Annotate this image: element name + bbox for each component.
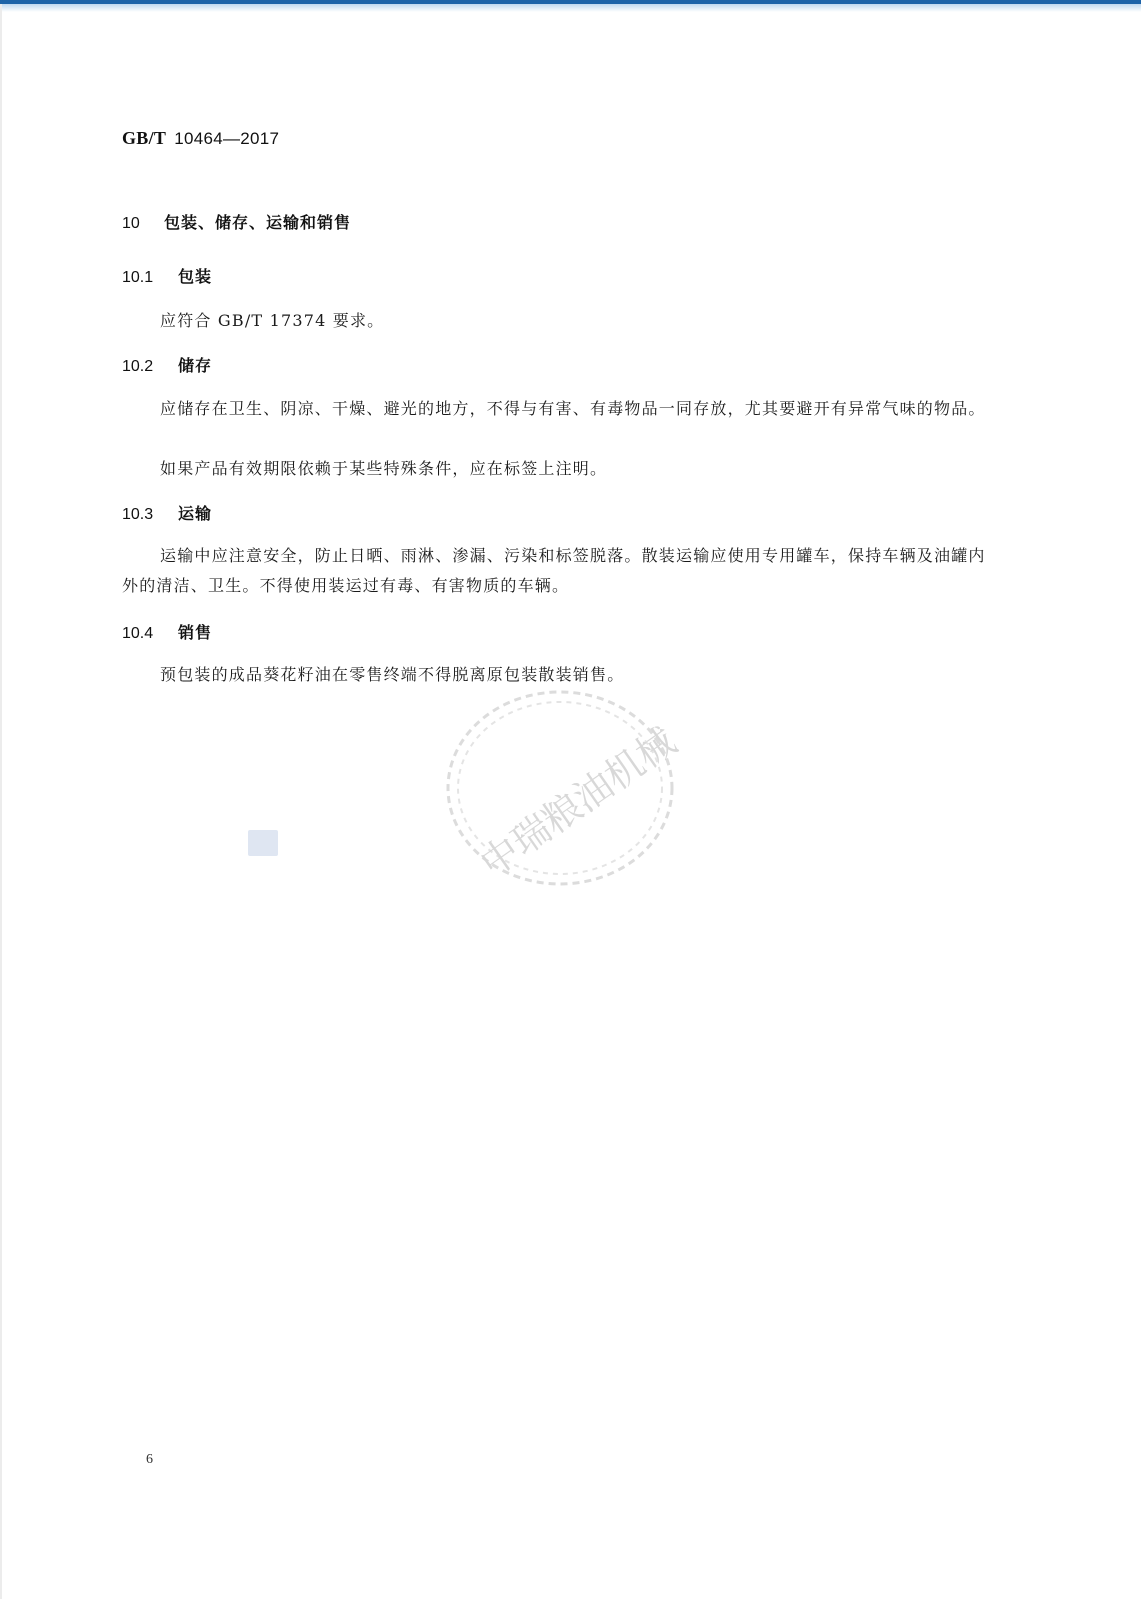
section-heading-10: 10包装、储存、运输和销售 — [122, 210, 351, 233]
paragraph-transport: 运输中应注意安全，防止日晒、雨淋、渗漏、污染和标签脱落。散装运输应使用专用罐车，… — [122, 541, 990, 601]
page-left-edge — [0, 4, 2, 1599]
section-number: 10.1 — [122, 269, 178, 287]
standard-number: 10464—2017 — [174, 129, 279, 148]
paragraph-storage-1: 应储存在卫生、阴凉、干燥、避光的地方，不得与有害、有毒物品一同存放，尤其要避开有… — [122, 394, 990, 424]
paragraph-sales: 预包装的成品葵花籽油在零售终端不得脱离原包装散装销售。 — [122, 660, 990, 690]
section-heading-10-3: 10.3运输 — [122, 501, 212, 524]
section-title: 销售 — [178, 623, 212, 642]
section-number: 10 — [122, 215, 164, 233]
standard-prefix: GB/T — [122, 128, 166, 148]
section-heading-10-1: 10.1包装 — [122, 264, 212, 287]
page-number: 6 — [146, 1452, 153, 1468]
section-title: 运输 — [178, 504, 212, 523]
watermark-stamp: 中瑞粮油机械 — [444, 688, 676, 888]
section-number: 10.2 — [122, 358, 178, 376]
paragraph-packaging: 应符合 GB/T 17374 要求。 — [122, 306, 990, 336]
section-heading-10-4: 10.4销售 — [122, 620, 212, 643]
section-heading-10-2: 10.2储存 — [122, 353, 212, 376]
paragraph-storage-2: 如果产品有效期限依赖于某些特殊条件，应在标签上注明。 — [122, 454, 990, 484]
section-title: 储存 — [178, 356, 212, 375]
standard-code: GB/T10464—2017 — [122, 128, 279, 149]
section-number: 10.3 — [122, 506, 178, 524]
section-title: 包装 — [178, 267, 212, 286]
section-title: 包装、储存、运输和销售 — [164, 213, 351, 232]
section-number: 10.4 — [122, 625, 178, 643]
faded-logo-icon — [248, 830, 278, 856]
viewer-top-shadow — [0, 4, 1141, 12]
